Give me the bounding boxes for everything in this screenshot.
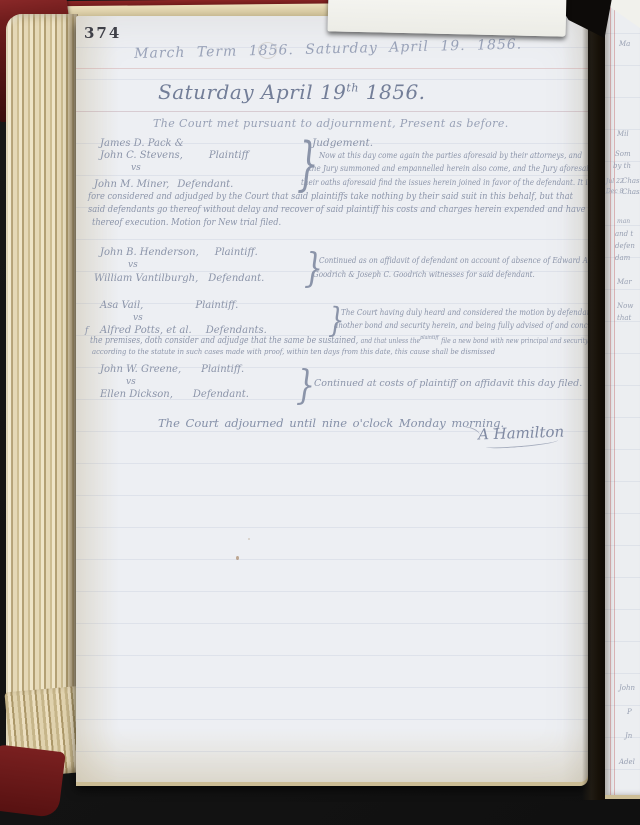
case4-defendant: Ellen Dickson,Defendant. (100, 389, 249, 400)
handwriting-fragment: by th (613, 162, 631, 170)
header-rule-line (76, 68, 588, 69)
handwriting-fragment: man (617, 218, 630, 225)
plaintiff-name: John B. Henderson, (100, 247, 199, 258)
judgement-text: the premises, doth consider and adjudge … (90, 336, 358, 346)
ledger-page: 374 March Term 1856. Saturday April 19. … (76, 16, 588, 782)
case2-vs: vs (128, 260, 138, 270)
plaintiff-label: Plaintiff. (201, 364, 244, 375)
case3-plaintiff: Asa Vail,Plaintiff. (100, 300, 238, 311)
case1-text-line: their oaths aforesaid find the issues he… (301, 178, 588, 188)
page-edges-stack (6, 14, 78, 770)
defendant-label: Defendant. (208, 273, 264, 284)
closing-line: The Court adjourned until nine o'clock M… (158, 416, 504, 430)
handwriting-fragment: Jn (625, 732, 632, 740)
page-speck (236, 556, 239, 560)
defendant-name: Ellen Dickson, (100, 389, 173, 400)
day-title-text: Saturday April 19 (158, 80, 346, 104)
handwriting-fragment: Chas (622, 177, 640, 185)
handwriting-fragment: dam (615, 254, 630, 262)
case1-plaintiff-line2: John C. Stevens,Plaintiff (100, 150, 249, 161)
handwriting-fragment: and t (615, 230, 633, 238)
header-rule-line (76, 111, 588, 112)
case1-text-line: fore considered and adjudged by the Cour… (88, 192, 573, 202)
loose-paper (328, 0, 567, 37)
handwriting-fragment: Now (617, 302, 633, 310)
handwriting-fragment: defen (615, 242, 635, 250)
page-speck (248, 538, 250, 540)
case1-text-line: Now at this day come again the parties a… (319, 151, 582, 161)
case2-defendant: William Vantilburgh,Defendant. (94, 273, 264, 284)
handwriting-fragment: Adel (619, 758, 635, 766)
book-cover-corner-bottom (0, 744, 66, 818)
day-title-ordinal: th (346, 81, 359, 94)
book-gutter-shadow (582, 0, 605, 800)
case1-text-line: said defendants go thereof without delay… (88, 205, 586, 215)
case3-text-line: The Court having duly heard and consider… (341, 308, 588, 318)
case2-text-line: Continued as on affidavit of defendant o… (319, 256, 588, 266)
case1-heading: Judgement. (312, 137, 373, 149)
case4-vs: vs (126, 377, 136, 387)
case1-text-line: thereof execution. Motion for New trial … (92, 218, 281, 228)
defendant-name: John M. Miner, (94, 179, 169, 190)
case3-text-line: another bond and security herein, and be… (334, 321, 588, 331)
plaintiff-label: Plaintiff. (195, 300, 238, 311)
plaintiff-name: John W. Greene, (100, 364, 181, 375)
case3-text-line: the premises, doth consider and adjudge … (90, 335, 588, 346)
case1-defendant: John M. Miner,Defendant. (94, 179, 233, 190)
handwriting-fragment: P (627, 708, 632, 716)
case3-vs: vs (133, 313, 143, 323)
case3-margin-mark: f (85, 326, 88, 336)
defendant-label: Defendant. (177, 179, 233, 190)
interlinear-insertion: plaintiff (420, 335, 438, 341)
plaintiff-label: Plaintiff. (215, 247, 258, 258)
plaintiff-name: Asa Vail, (100, 300, 143, 311)
plaintiff-name: John C. Stevens, (100, 150, 183, 161)
handwriting-fragment: Ma (619, 40, 630, 48)
case4-brace: } (296, 366, 315, 407)
case1-vs: vs (131, 163, 141, 173)
handwriting-fragment: Mar (617, 278, 632, 286)
margin-rule-line (610, 2, 611, 795)
judgement-text-small: file a new bond with new principal and s… (441, 336, 588, 345)
case2-plaintiff: John B. Henderson,Plaintiff. (100, 247, 258, 258)
case3-text-line: according to the statute in such cases m… (92, 347, 495, 356)
case4-plaintiff: John W. Greene,Plaintiff. (100, 364, 244, 375)
case4-text-line: Continued at costs of plaintiff on affid… (314, 378, 582, 389)
defendant-label: Defendant. (193, 389, 249, 400)
plaintiff-label: Plaintiff (209, 150, 249, 161)
handwriting-fragment: Dec 8 (606, 188, 623, 195)
book-scan: Ma Mil Som by th Jul 22 Chas Dec 8 Chas … (0, 0, 640, 825)
case2-text-line: Goodrich & Joseph C. Goodrich witnesses … (313, 270, 535, 280)
judgement-text-small: and that unless the (361, 336, 421, 345)
day-title: Saturday April 19th 1856. (158, 80, 426, 104)
handwriting-fragment: Som (615, 150, 631, 158)
facing-page-edge: Ma Mil Som by th Jul 22 Chas Dec 8 Chas … (604, 2, 640, 795)
margin-rule-line (614, 2, 615, 795)
day-title-year: 1856. (359, 80, 426, 104)
handwriting-fragment: Mil (617, 130, 629, 138)
case1-plaintiff-line1: James D. Pack & (100, 138, 184, 149)
handwriting-fragment: that (617, 314, 631, 322)
handwriting-fragment: John (619, 684, 635, 692)
court-opening-line: The Court met pursuant to adjournment, P… (153, 117, 509, 130)
case1-text-line: the Jury summoned and empannelled herein… (309, 164, 588, 174)
handwriting-fragment: Chas (622, 188, 640, 196)
defendant-name: William Vantilburgh, (94, 273, 198, 284)
running-header: March Term 1856. Saturday April 19. 1856… (134, 37, 522, 62)
page-number: 374 (84, 24, 121, 42)
